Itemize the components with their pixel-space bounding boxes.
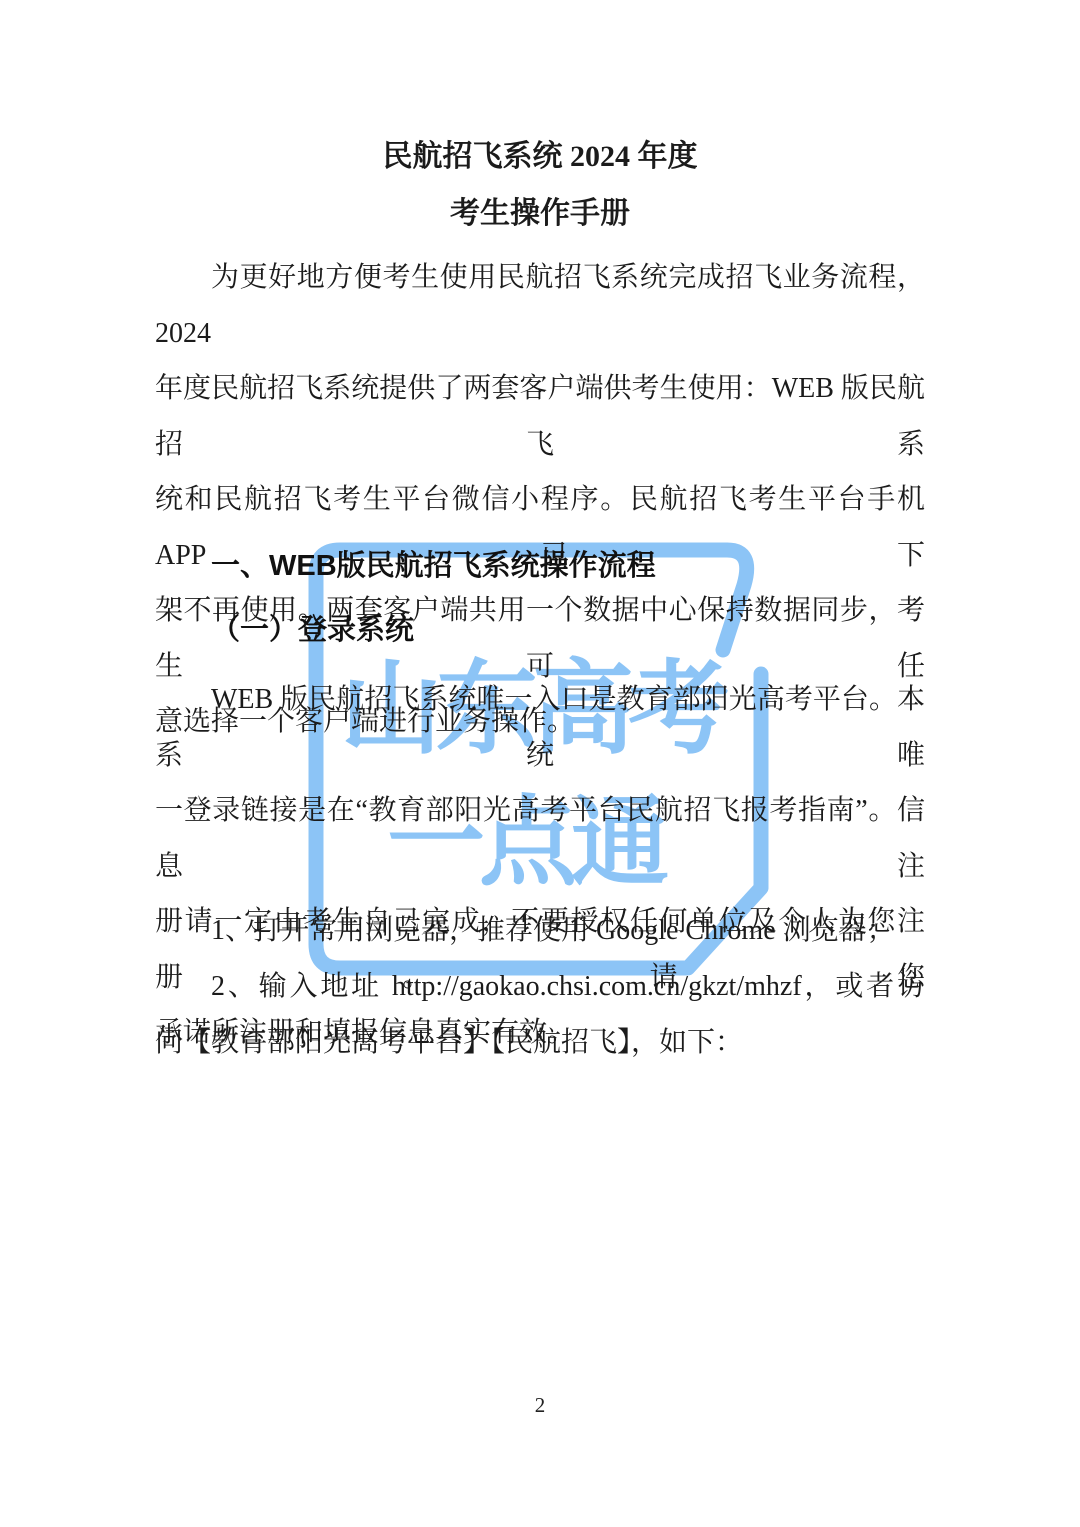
subsection-heading: （一）登录系统 [211,614,414,646]
page-number: 2 [0,1393,1080,1418]
intro-line: 为更好地方便考生使用民航招飞系统完成招飞业务流程，2024 [155,250,925,361]
step-2-line: 2、输入地址 http://gaokao.chsi.com.cn/gkzt/mh… [155,959,925,1015]
step-1-paragraph: 1、打开常用浏览器，推荐使用 Google Chrome 浏览器； [155,903,925,959]
document-page: 山东高考 一点通 民航招飞系统 2024 年度 考生操作手册 为更好地方便考生使… [0,0,1080,1527]
step-2-paragraph: 2、输入地址 http://gaokao.chsi.com.cn/gkzt/mh… [155,959,925,1070]
login-line: 一登录链接是在“教育部阳光高考平台民航招飞报考指南”。信息注 [155,783,925,894]
document-content: 民航招飞系统 2024 年度 考生操作手册 为更好地方便考生使用民航招飞系统完成… [0,0,1080,1527]
intro-line: 年度民航招飞系统提供了两套客户端供考生使用：WEB 版民航招飞系 [155,361,925,472]
login-line: WEB 版民航招飞系统唯一入口是教育部阳光高考平台。本系统唯 [155,672,925,783]
step-1-line: 1、打开常用浏览器，推荐使用 Google Chrome 浏览器； [155,903,925,959]
document-title: 民航招飞系统 2024 年度 [0,139,1080,175]
document-subtitle: 考生操作手册 [0,196,1080,232]
section-heading: 一、WEB版民航招飞系统操作流程 [211,550,656,582]
step-2-line: 问【教育部阳光高考平台】【民航招飞】，如下： [155,1015,925,1071]
